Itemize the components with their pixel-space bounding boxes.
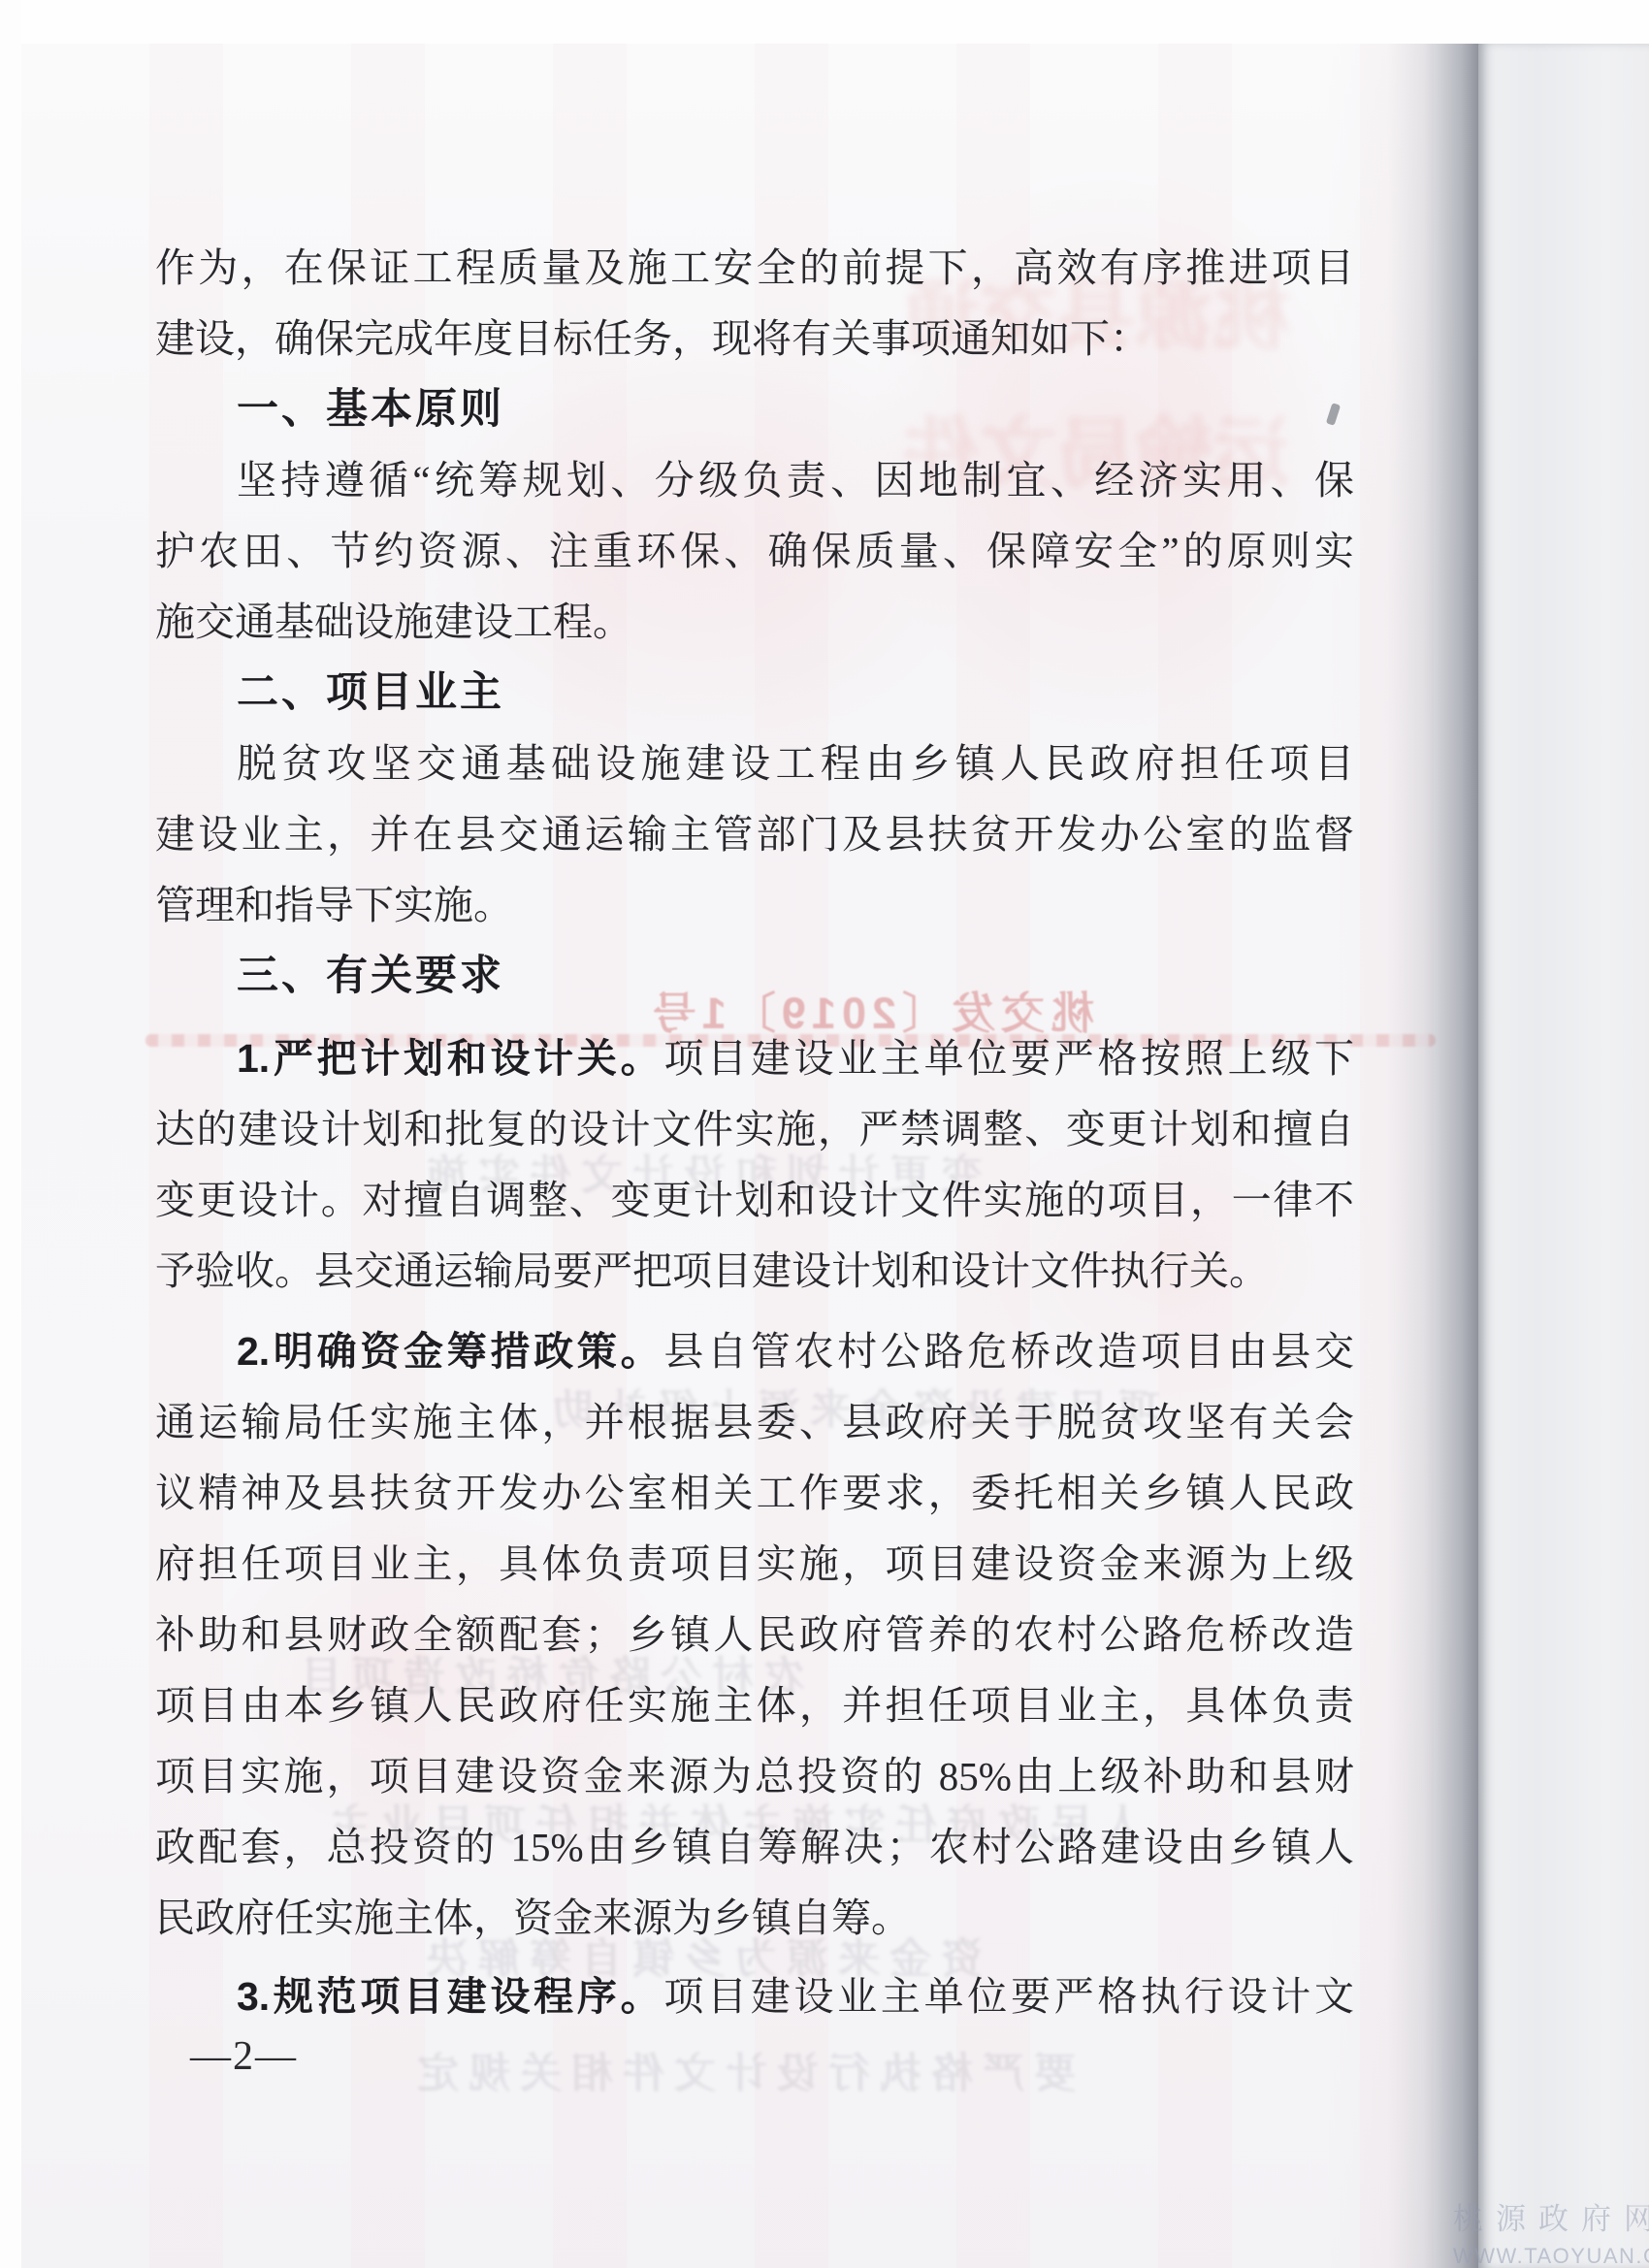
body-text: 通运输局任实施主体，并根据县委、县政府关于脱贫攻坚有关会 — [155, 1400, 1354, 1444]
body-line: 建设业主，并在县交通运输主管部门及县扶贫开发办公室的监督 — [155, 799, 1354, 870]
body-line: 政配套，总投资的 15%由乡镇自筹解决；农村公路建设由乡镇人 — [155, 1812, 1354, 1883]
body-text: 项目实施，项目建设资金来源为总投资的 85%由上级补助和县财 — [155, 1754, 1354, 1798]
body-line: 管理和指导下实施。 — [155, 870, 1354, 941]
body-line: 施交通基础设施建设工程。 — [155, 587, 1354, 658]
body-text: 项目建设业主单位要严格执行设计文 — [663, 1974, 1354, 2019]
underlying-page-edge — [1478, 44, 1649, 2268]
body-line: 3.规范项目建设程序。项目建设业主单位要严格执行设计文 — [155, 1961, 1354, 2032]
site-watermark: 桃源政府网 WWW.TAOYUAN.GOV.CN — [1453, 2194, 1649, 2268]
body-text: 护农田、节约资源、注重环保、确保质量、保障安全”的原则实 — [155, 529, 1354, 573]
numbered-item-lead: 3.规范项目建设程序。 — [237, 1974, 663, 2019]
body-text: 建设业主，并在县交通运输主管部门及县扶贫开发办公室的监督 — [155, 812, 1354, 857]
body-text: 予验收。县交通运输局要严把项目建设计划和设计文件执行关。 — [155, 1248, 1269, 1293]
body-text: 项目建设业主单位要严格按照上级下 — [663, 1036, 1354, 1081]
body-text: 政配套，总投资的 15%由乡镇自筹解决；农村公路建设由乡镇人 — [155, 1825, 1354, 1869]
body-line: 2.明确资金筹措政策。县自管农村公路危桥改造项目由县交 — [155, 1316, 1354, 1387]
section-heading-text: 二、项目业主 — [237, 669, 504, 716]
body-line: 达的建设计划和批复的设计文件实施，严禁调整、变更计划和擅自 — [155, 1094, 1354, 1165]
body-text: 管理和指导下实施。 — [155, 883, 513, 927]
bleedthrough-gray-text: 要严格执行设计文件相关规定 — [407, 2041, 1076, 2100]
body-text: 达的建设计划和批复的设计文件实施，严禁调整、变更计划和擅自 — [155, 1107, 1354, 1151]
section-heading: 二、项目业主 — [155, 658, 1354, 729]
body-text: 施交通基础设施建设工程。 — [155, 599, 632, 644]
body-line: 1.严把计划和设计关。项目建设业主单位要严格按照上级下 — [155, 1023, 1354, 1094]
body-line: 作为，在保证工程质量及施工安全的前提下，高效有序推进项目 — [155, 233, 1354, 304]
body-text: 建设，确保完成年度目标任务，现将有关事项通知如下： — [155, 316, 1149, 361]
body-text: 府担任项目业主，具体负责项目实施，项目建设资金来源为上级 — [155, 1541, 1354, 1586]
section-heading: 三、有关要求 — [155, 941, 1354, 1012]
page-number: —2— — [190, 2033, 298, 2080]
document-body: 作为，在保证工程质量及施工安全的前提下，高效有序推进项目 建设，确保完成年度目标… — [155, 233, 1354, 2032]
scanner-edge-left — [0, 0, 21, 2268]
section-heading-text: 一、基本原则 — [237, 386, 504, 433]
section-heading: 一、基本原则 — [155, 374, 1354, 445]
section-heading-text: 三、有关要求 — [237, 953, 504, 999]
body-line: 坚持遵循“统筹规划、分级负责、因地制宜、经济实用、保 — [155, 445, 1354, 516]
body-line: 议精神及县扶贫开发办公室相关工作要求，委托相关乡镇人民政 — [155, 1458, 1354, 1529]
body-text: 坚持遵循“统筹规划、分级负责、因地制宜、经济实用、保 — [237, 458, 1354, 502]
body-line: 民政府任实施主体，资金来源为乡镇自筹。 — [155, 1883, 1354, 1954]
body-line: 通运输局任实施主体，并根据县委、县政府关于脱贫攻坚有关会 — [155, 1387, 1354, 1458]
body-line: 项目实施，项目建设资金来源为总投资的 85%由上级补助和县财 — [155, 1741, 1354, 1812]
scanner-edge-top — [0, 0, 1649, 44]
body-text: 议精神及县扶贫开发办公室相关工作要求，委托相关乡镇人民政 — [155, 1471, 1354, 1515]
body-line: 变更设计。对擅自调整、变更计划和设计文件实施的项目，一律不 — [155, 1165, 1354, 1236]
watermark-site-name: 桃源政府网 — [1453, 2194, 1649, 2238]
numbered-item-lead: 1.严把计划和设计关。 — [237, 1036, 663, 1081]
body-text: 民政府任实施主体，资金来源为乡镇自筹。 — [155, 1895, 911, 1940]
page-fold-shadow — [1387, 44, 1478, 2268]
body-text: 作为，在保证工程质量及施工安全的前提下，高效有序推进项目 — [155, 245, 1354, 290]
body-line: 予验收。县交通运输局要严把项目建设计划和设计文件执行关。 — [155, 1236, 1354, 1307]
body-line: 建设，确保完成年度目标任务，现将有关事项通知如下： — [155, 304, 1354, 374]
body-line: 脱贫攻坚交通基础设施建设工程由乡镇人民政府担任项目 — [155, 729, 1354, 799]
watermark-site-url: WWW.TAOYUAN.GOV.CN — [1453, 2244, 1649, 2268]
body-line: 项目由本乡镇人民政府任实施主体，并担任项目业主，具体负责 — [155, 1670, 1354, 1741]
numbered-item-lead: 2.明确资金筹措政策。 — [237, 1329, 663, 1374]
body-line: 府担任项目业主，具体负责项目实施，项目建设资金来源为上级 — [155, 1529, 1354, 1600]
body-text: 变更设计。对擅自调整、变更计划和设计文件实施的项目，一律不 — [155, 1178, 1354, 1222]
body-line: 护农田、节约资源、注重环保、确保质量、保障安全”的原则实 — [155, 516, 1354, 587]
body-line: 补助和县财政全额配套；乡镇人民政府管养的农村公路危桥改造 — [155, 1600, 1354, 1670]
body-text: 脱贫攻坚交通基础设施建设工程由乡镇人民政府担任项目 — [237, 741, 1354, 786]
body-text: 补助和县财政全额配套；乡镇人民政府管养的农村公路危桥改造 — [155, 1612, 1354, 1657]
scanned-document-page: 桃源县交通 运输局文件 桃交发〔2019〕1号 变更计划和设计文件实施 项目建设… — [0, 0, 1649, 2268]
body-text: 县自管农村公路危桥改造项目由县交 — [663, 1329, 1354, 1374]
body-text: 项目由本乡镇人民政府任实施主体，并担任项目业主，具体负责 — [155, 1683, 1354, 1728]
